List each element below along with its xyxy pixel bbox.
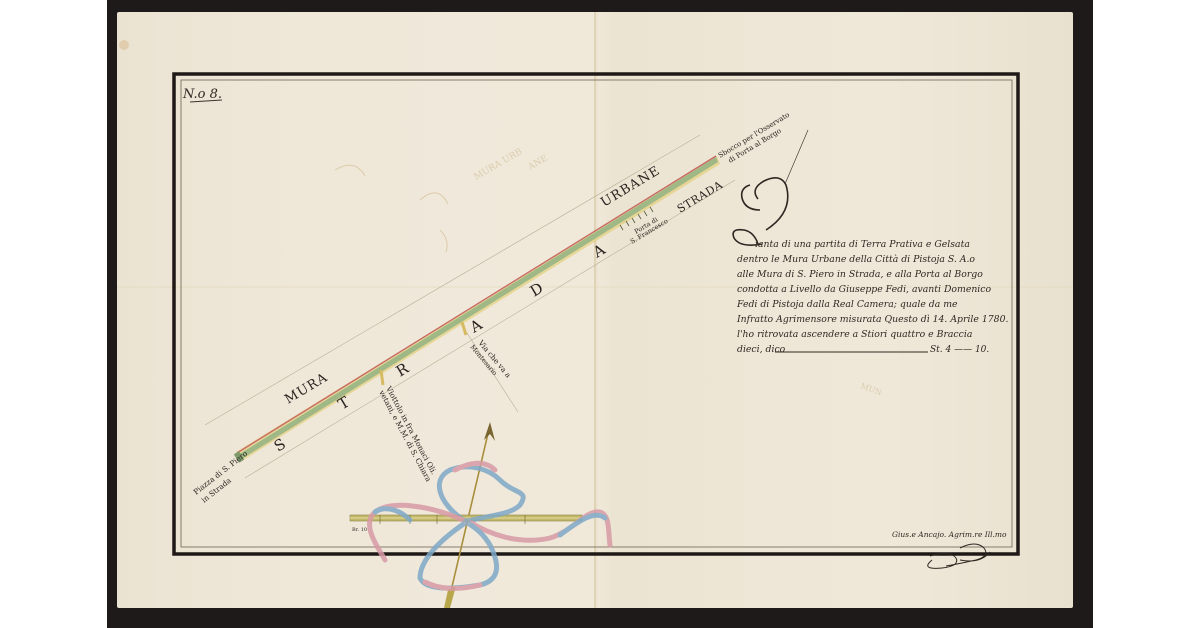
decorative-ribbon xyxy=(370,463,610,588)
parcel-strip xyxy=(234,156,720,463)
cartouche-line: Fedi di Pistoja dalla Real Camera; quale… xyxy=(736,299,958,310)
manuscript-map: N.o 8. MURA URB ANE MUN MURA URBANE S T xyxy=(0,0,1200,628)
cartouche-line: dieci, dico xyxy=(737,344,786,355)
strada-letter: T xyxy=(335,393,353,414)
strada-letter: S xyxy=(271,435,289,456)
svg-text:ANE: ANE xyxy=(526,153,550,173)
stain xyxy=(119,40,129,50)
svg-text:vetani, e M.M. di S. Chiara: vetani, e M.M. di S. Chiara xyxy=(377,388,434,484)
svg-text:MURA URB: MURA URB xyxy=(473,147,525,183)
cartouche-line: Infratto Agrimensore misurata Questo dì … xyxy=(736,314,1009,325)
cartouche-line: l'ho ritrovata ascendere a Stiori quattr… xyxy=(737,329,972,340)
label-via-montesario: Via che va a Montesario xyxy=(468,338,513,380)
cartouche-line: alle Mura di S. Piero in Strada, e alla … xyxy=(737,269,983,280)
cartouche-total: St. 4 —— 10. xyxy=(930,345,989,355)
label-sbocco-porta-al-borgo: Sbocco per l'Osservato di Porta al Borgo xyxy=(717,111,791,165)
signature: Gius.e Ancajo. Agrim.re Ill.mo xyxy=(892,530,1007,568)
svg-text:Viottolo in fra Monaci Oli.: Viottolo in fra Monaci Oli. xyxy=(384,384,439,476)
label-porta-san-francesco: Porta di S. Francesco xyxy=(629,215,670,245)
scale-bar-label: Br. 10 xyxy=(352,527,367,533)
strada-letters: S T R A D A xyxy=(271,240,609,455)
cartouche-line: dentro le Mura Urbane della Città di Pis… xyxy=(737,254,975,265)
label-viottolo: Viottolo in fra Monaci Oli. vetani, e M.… xyxy=(377,384,439,484)
cartouche-line: condotta a Livello da Giuseppe Fedi, ava… xyxy=(737,284,991,295)
svg-text:MUN: MUN xyxy=(859,381,883,397)
label-piazza-san-piero: Piazza di S. Piero in Strada xyxy=(192,449,250,505)
cartouche-line: ianta di una partita di Terra Prativa e … xyxy=(755,239,970,250)
signature-text: Gius.e Ancajo. Agrim.re Ill.mo xyxy=(892,530,1007,539)
cartouche: P ianta di una partita di Terra Prativa … xyxy=(733,130,1008,355)
sheet-number: N.o 8. xyxy=(182,87,222,102)
